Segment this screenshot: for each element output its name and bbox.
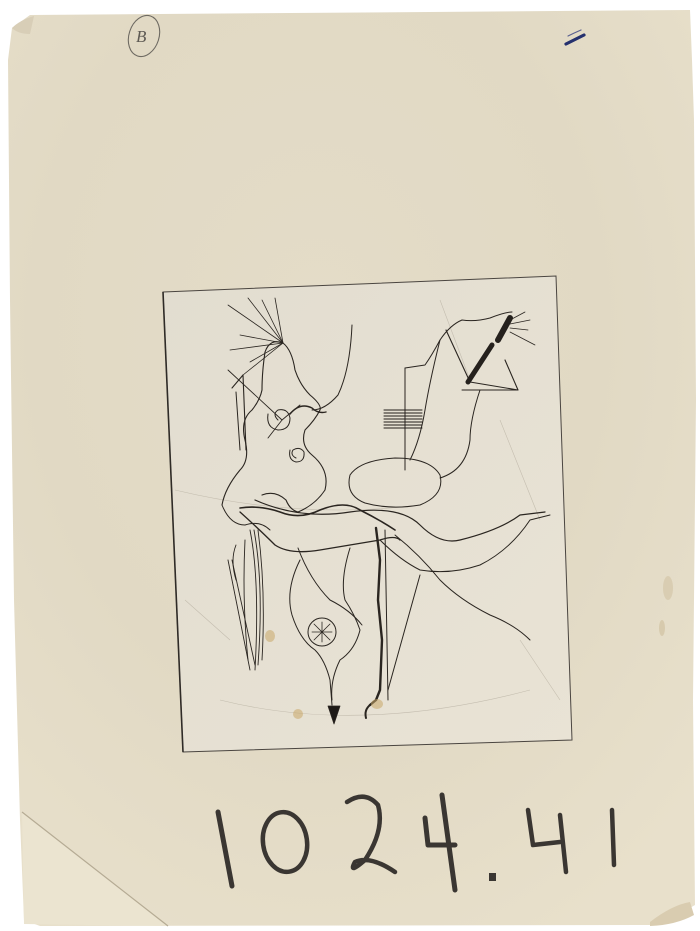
stain xyxy=(663,576,673,600)
etching-sheet: B xyxy=(0,0,700,931)
stain xyxy=(659,620,665,636)
artwork-photo: B xyxy=(0,0,700,931)
eye-starburst xyxy=(312,622,332,642)
stain xyxy=(371,699,383,709)
hatched-block xyxy=(384,410,422,428)
circled-letter: B xyxy=(136,27,147,46)
stain xyxy=(293,709,303,719)
stain xyxy=(265,630,275,642)
